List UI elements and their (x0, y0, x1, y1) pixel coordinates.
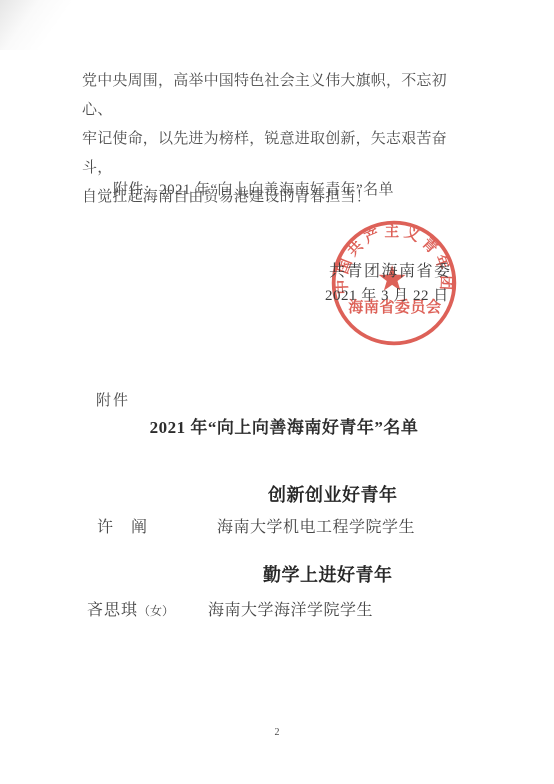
body-line: 牢记使命，以先进为榜样，锐意进取创新，矢志艰苦奋斗， (82, 125, 476, 183)
person-name: 吝思琪 (87, 602, 138, 619)
section-heading-diligence: 勤学上进好青年 (263, 561, 393, 587)
attachment-reference-line: 附件：2021 年“向上向善海南好青年”名单 (113, 178, 394, 199)
signature-organization: 共青团海南省委 (329, 258, 452, 281)
entry-name: 吝思琪（女） (87, 597, 174, 620)
entry-affiliation: 海南大学机电工程学院学生 (217, 514, 415, 537)
attachment-title: 2021 年“向上向善海南好青年”名单 (14, 413, 554, 438)
attachment-label: 附件 (96, 389, 130, 410)
page-number: 2 (0, 727, 554, 738)
entry-affiliation: 海南大学海洋学院学生 (208, 597, 373, 620)
official-seal-icon: 中国共产主义青年团 海南省委员会 (328, 217, 460, 349)
section-heading-innovation: 创新创业好青年 (268, 481, 398, 507)
entry-name: 许 阐 (97, 514, 148, 537)
person-name: 许 阐 (97, 519, 148, 536)
body-line: 党中央周围，高举中国特色社会主义伟大旗帜，不忘初心、 (82, 67, 476, 125)
document-page: 党中央周围，高举中国特色社会主义伟大旗帜，不忘初心、 牢记使命，以先进为榜样，锐… (0, 0, 554, 784)
signature-date: 2021 年 3 月 22 日 (325, 284, 449, 305)
person-gender: （女） (138, 604, 174, 618)
scan-corner-shadow (0, 0, 80, 50)
